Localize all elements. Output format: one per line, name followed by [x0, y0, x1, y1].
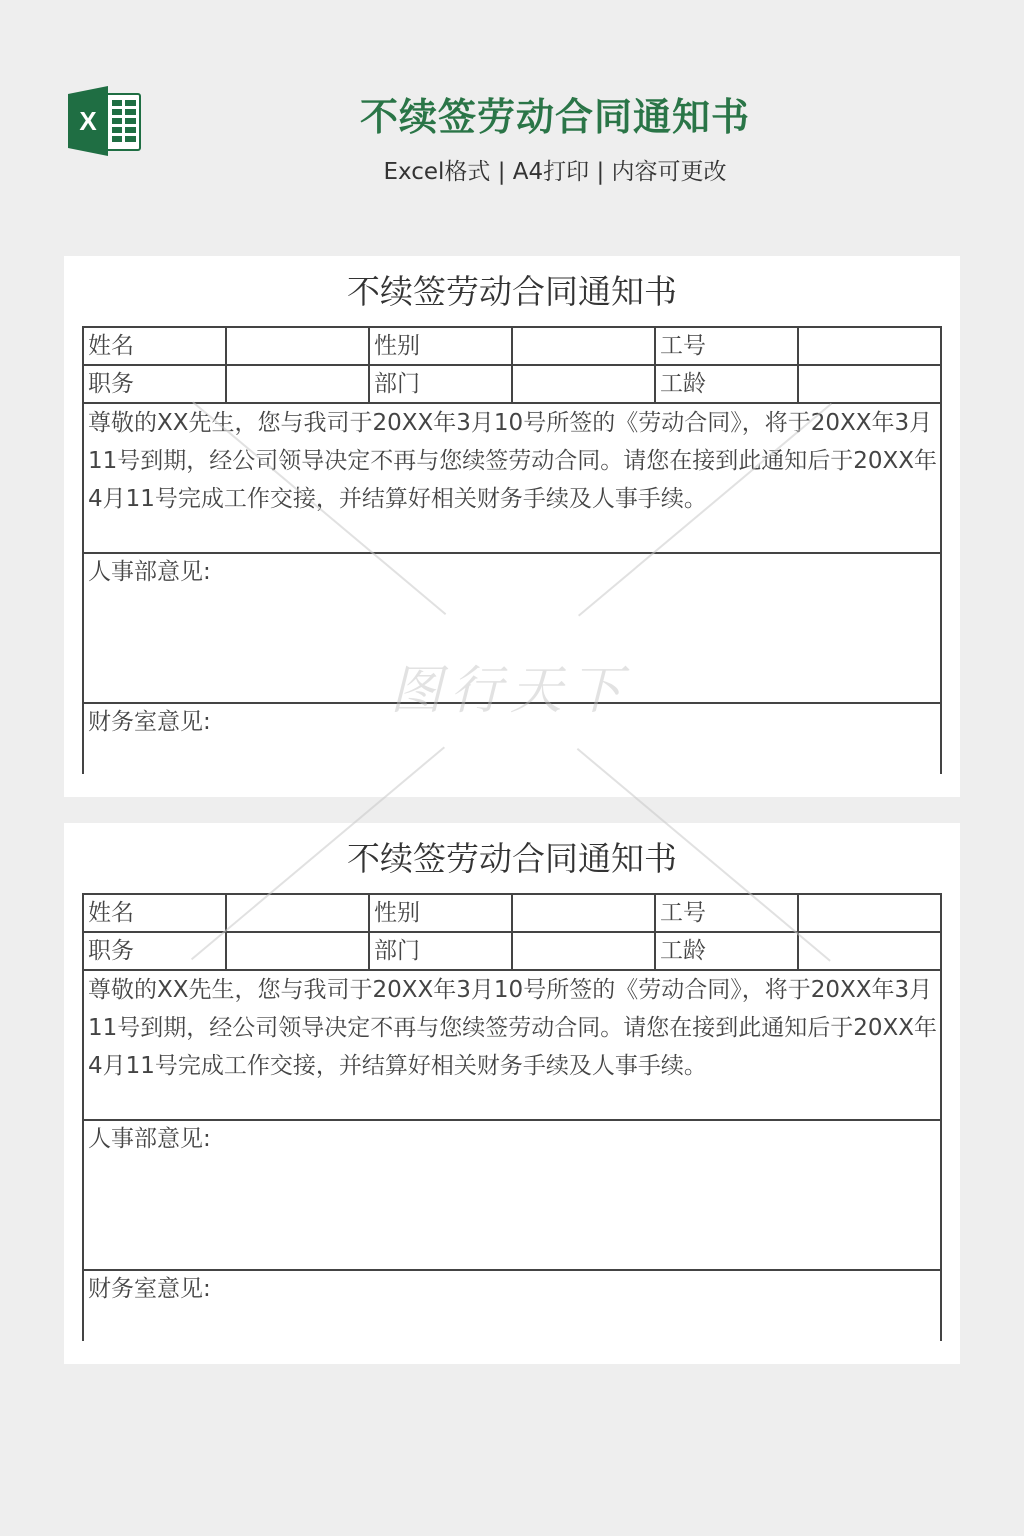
field-seniority[interactable]: [798, 365, 941, 403]
notice-body: 尊敬的XX先生，您与我司于20XX年3月10号所签的《劳动合同》，将于20XX年…: [83, 970, 941, 1120]
document-card-2: 不续签劳动合同通知书 姓名 性别 工号 职务 部门 工龄 尊敬的XX先生，您与我…: [64, 823, 960, 1364]
field-department[interactable]: [512, 932, 655, 970]
label-department: 部门: [369, 365, 512, 403]
label-position: 职务: [83, 365, 226, 403]
field-employee-id[interactable]: [798, 894, 941, 932]
page-header: X 不续签劳动合同通知书 Excel格式 | A4打印 | 内容可更改: [0, 0, 1024, 240]
label-employee-id: 工号: [655, 894, 798, 932]
label-seniority: 工龄: [655, 932, 798, 970]
label-department: 部门: [369, 932, 512, 970]
notice-form-table: 姓名 性别 工号 职务 部门 工龄 尊敬的XX先生，您与我司于20XX年3月10…: [82, 893, 942, 1341]
table-row: 尊敬的XX先生，您与我司于20XX年3月10号所签的《劳动合同》，将于20XX年…: [83, 403, 941, 553]
label-gender: 性别: [369, 894, 512, 932]
page-title: 不续签劳动合同通知书: [300, 94, 810, 140]
label-name: 姓名: [83, 894, 226, 932]
page-subtitle: Excel格式 | A4打印 | 内容可更改: [300, 156, 810, 188]
notice-body: 尊敬的XX先生，您与我司于20XX年3月10号所签的《劳动合同》，将于20XX年…: [83, 403, 941, 553]
field-name[interactable]: [226, 327, 369, 365]
field-department[interactable]: [512, 365, 655, 403]
document-title: 不续签劳动合同通知书: [64, 837, 960, 881]
finance-opinion-field[interactable]: 财务室意见:: [83, 1270, 941, 1341]
excel-icon: X: [68, 86, 142, 156]
label-name: 姓名: [83, 327, 226, 365]
table-row: 财务室意见:: [83, 1270, 941, 1341]
watermark-text: 图行天下: [390, 648, 630, 723]
document-title: 不续签劳动合同通知书: [64, 270, 960, 314]
table-row: 人事部意见:: [83, 1120, 941, 1270]
table-row: 职务 部门 工龄: [83, 365, 941, 403]
field-position[interactable]: [226, 365, 369, 403]
table-row: 姓名 性别 工号: [83, 894, 941, 932]
table-row: 尊敬的XX先生，您与我司于20XX年3月10号所签的《劳动合同》，将于20XX年…: [83, 970, 941, 1120]
table-row: 职务 部门 工龄: [83, 932, 941, 970]
field-gender[interactable]: [512, 894, 655, 932]
hr-opinion-field[interactable]: 人事部意见:: [83, 1120, 941, 1270]
field-employee-id[interactable]: [798, 327, 941, 365]
field-gender[interactable]: [512, 327, 655, 365]
label-gender: 性别: [369, 327, 512, 365]
label-position: 职务: [83, 932, 226, 970]
label-employee-id: 工号: [655, 327, 798, 365]
label-seniority: 工龄: [655, 365, 798, 403]
svg-text:X: X: [79, 106, 97, 136]
table-row: 姓名 性别 工号: [83, 327, 941, 365]
field-position[interactable]: [226, 932, 369, 970]
